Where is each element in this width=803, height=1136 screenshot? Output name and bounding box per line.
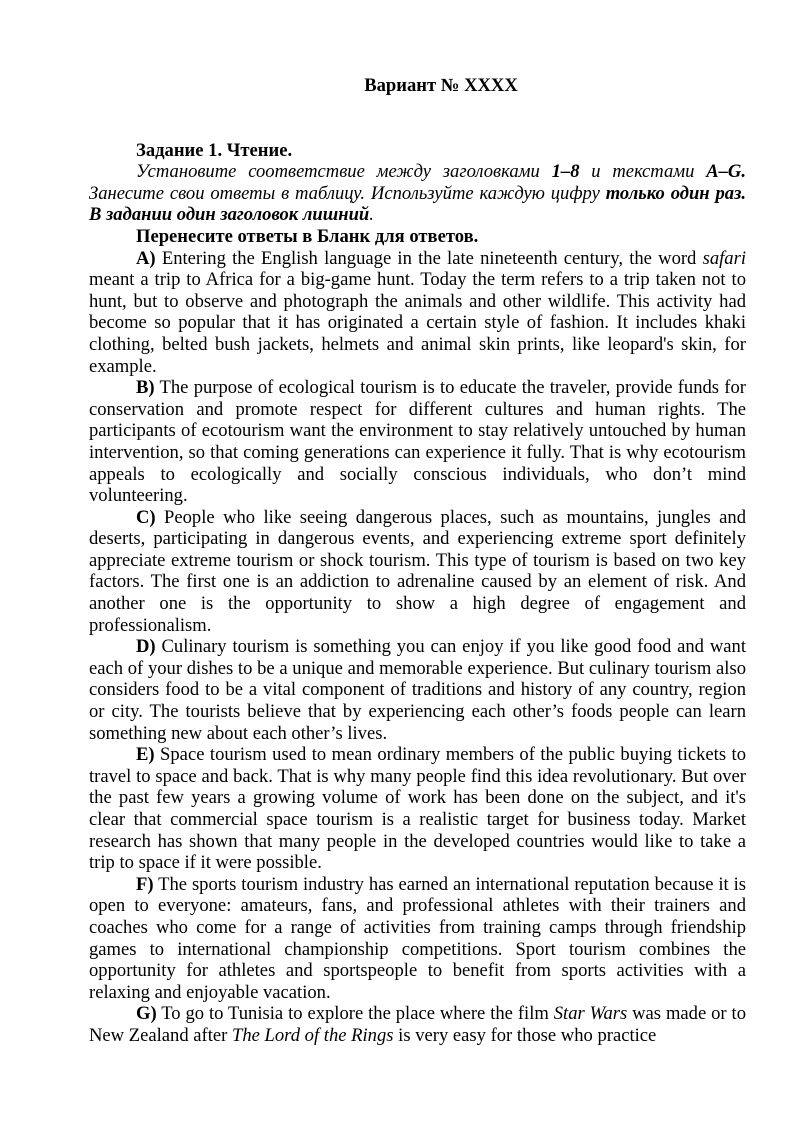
bold-segment: A) (136, 248, 156, 269)
text-segment: Установите соответствие между заголовкам… (136, 161, 552, 182)
bold-segment: А–G. (706, 161, 746, 182)
text-segment: и текстами (580, 161, 707, 182)
text-segment: is very easy for those who practice (394, 1025, 657, 1046)
text-paragraph-F: F) The sports tourism industry has earne… (89, 874, 746, 1004)
bold-segment: B) (136, 377, 155, 398)
text-segment: . (369, 204, 374, 225)
text-segment: Space tourism used to mean ordinary memb… (89, 744, 746, 873)
document-page: Вариант № XXXX Задание 1. Чтение. Устано… (0, 0, 803, 1136)
text-segment: meant a trip to Africa for a big-game hu… (89, 269, 746, 376)
text-paragraph-G: G) To go to Tunisia to explore the place… (89, 1003, 746, 1046)
bold-segment: D) (136, 636, 156, 657)
bold-segment: F) (136, 874, 154, 895)
text-paragraph-C: C) People who like seeing dangerous plac… (89, 507, 746, 637)
text-paragraph-A: A) Entering the English language in the … (89, 248, 746, 378)
text-paragraph-D: D) Culinary tourism is something you can… (89, 636, 746, 744)
task-section: Задание 1. Чтение. Установите соответств… (89, 140, 746, 1047)
text-segment: Entering the English language in the lat… (156, 248, 703, 269)
text-segment: Culinary tourism is something you can en… (89, 636, 746, 743)
text-paragraph-B: B) The purpose of ecological tourism is … (89, 377, 746, 507)
bold-segment: C) (136, 507, 156, 528)
variant-title: Вариант № XXXX (89, 75, 746, 97)
task-heading: Задание 1. Чтение. (89, 140, 746, 162)
bold-segment: 1–8 (552, 161, 580, 182)
bold-segment: E) (136, 744, 155, 765)
text-segment: Занесите свои ответы в таблицу. Использу… (89, 183, 606, 204)
task-instructions: Установите соответствие между заголовкам… (89, 161, 746, 226)
bold-segment: G) (136, 1003, 157, 1024)
italic-segment: The Lord of the Rings (232, 1025, 394, 1046)
italic-segment: safari (703, 248, 746, 269)
text-segment: People who like seeing dangerous places,… (89, 507, 746, 636)
text-paragraph-E: E) Space tourism used to mean ordinary m… (89, 744, 746, 874)
italic-segment: Star Wars (554, 1003, 627, 1024)
transfer-note: Перенесите ответы в Бланк для ответов. (89, 226, 746, 248)
text-segment: The purpose of ecological tourism is to … (89, 377, 746, 506)
text-segment: To go to Tunisia to explore the place wh… (157, 1003, 554, 1024)
text-segment: The sports tourism industry has earned a… (89, 874, 746, 1003)
